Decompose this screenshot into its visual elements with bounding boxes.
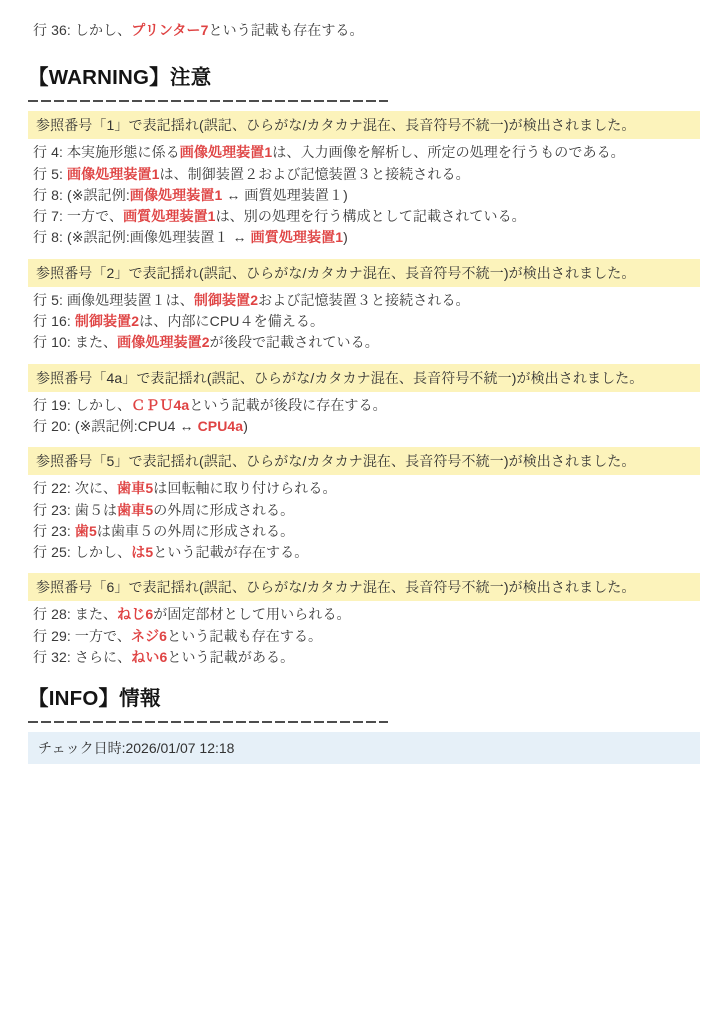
report-line: 行 5: 画像処理装置１は、制御装置2および記憶装置３と接続される。 xyxy=(28,290,700,311)
line-text: が後段で記載されている。 xyxy=(210,334,379,350)
line-text: 行 10: また、 xyxy=(33,334,117,350)
line-text: ) xyxy=(243,418,248,434)
dashed-divider xyxy=(28,100,388,102)
line-text: という記載も存在する。 xyxy=(167,628,322,644)
report-line: 行 22: 次に、歯車5は回転軸に取り付けられる。 xyxy=(28,478,700,499)
line-text: 行 20: (※誤記例:CPU4 ↔ xyxy=(33,418,198,434)
flagged-term: ねじ6 xyxy=(117,606,153,622)
line-text: という記載が存在する。 xyxy=(153,544,308,560)
flagged-term: 画像処理装置1 xyxy=(130,187,223,203)
flagged-term: プリンター7 xyxy=(131,22,208,38)
line-text: は歯車５の外周に形成される。 xyxy=(97,523,294,539)
report-line: 行 5: 画像処理装置1は、制御装置２および記憶装置３と接続される。 xyxy=(28,164,700,185)
line-text: 行 36: しかし、 xyxy=(33,22,131,38)
line-text: は、別の処理を行う構成として記載されている。 xyxy=(216,208,526,224)
line-text: という記載がある。 xyxy=(167,649,294,665)
group-header-highlight: 参照番号「2」で表記揺れ(誤記、ひらがな/カタカナ混在、長音符号不統一)が検出さ… xyxy=(28,259,700,287)
line-text: ↔ 画質処理装置１) xyxy=(222,187,348,203)
warning-group: 参照番号「5」で表記揺れ(誤記、ひらがな/カタカナ混在、長音符号不統一)が検出さ… xyxy=(28,447,700,563)
flagged-term: ねい6 xyxy=(131,649,167,665)
flagged-term: 制御装置2 xyxy=(75,313,139,329)
flagged-term: 歯5 xyxy=(75,523,97,539)
line-text: は、入力画像を解析し、所定の処理を行うものである。 xyxy=(272,144,625,160)
line-text: は、制御装置２および記憶装置３と接続される。 xyxy=(159,166,469,182)
line-text: 行 7: 一方で、 xyxy=(33,208,123,224)
line-text: 行 25: しかし、 xyxy=(33,544,131,560)
line-text: は回転軸に取り付けられる。 xyxy=(153,480,336,496)
warning-group: 参照番号「1」で表記揺れ(誤記、ひらがな/カタカナ混在、長音符号不統一)が検出さ… xyxy=(28,111,700,248)
flagged-term: 歯車5 xyxy=(117,480,153,496)
flagged-term: ＣＰＵ4a xyxy=(131,397,189,413)
report-line: 行 19: しかし、ＣＰＵ4aという記載が後段に存在する。 xyxy=(28,395,700,416)
line-text: 行 28: また、 xyxy=(33,606,117,622)
line-text: 行 19: しかし、 xyxy=(33,397,131,413)
flagged-term: CPU4a xyxy=(198,418,244,434)
report-line: 行 10: また、画像処理装置2が後段で記載されている。 xyxy=(28,332,700,353)
line-text: 行 16: xyxy=(33,313,75,329)
flagged-term: 画像処理装置1 xyxy=(67,166,160,182)
report-line: 行 25: しかし、は5という記載が存在する。 xyxy=(28,542,700,563)
flagged-term: 画像処理装置2 xyxy=(117,334,210,350)
group-header-highlight: 参照番号「5」で表記揺れ(誤記、ひらがな/カタカナ混在、長音符号不統一)が検出さ… xyxy=(28,447,700,475)
report-line: 行 23: 歯5は歯車５の外周に形成される。 xyxy=(28,521,700,542)
line-text: 行 22: 次に、 xyxy=(33,480,117,496)
line-text: 行 29: 一方で、 xyxy=(33,628,131,644)
check-report-page: 行 36: しかし、プリンター7という記載も存在する。 【WARNING】注意 … xyxy=(0,0,723,1024)
dashed-divider xyxy=(28,721,388,723)
line-text: 行 23: xyxy=(33,523,75,539)
flagged-term: ネジ6 xyxy=(131,628,167,644)
line-text: ) xyxy=(343,229,348,245)
warning-group: 参照番号「2」で表記揺れ(誤記、ひらがな/カタカナ混在、長音符号不統一)が検出さ… xyxy=(28,259,700,354)
info-heading: 【INFO】情報 xyxy=(28,681,700,711)
report-line: 行 8: (※誤記例:画像処理装置１ ↔ 画質処理装置1) xyxy=(28,227,700,248)
line-text: 行 23: 歯５は xyxy=(33,502,117,518)
report-line: 行 29: 一方で、ネジ6という記載も存在する。 xyxy=(28,626,700,647)
report-line: 行 8: (※誤記例:画像処理装置1 ↔ 画質処理装置１) xyxy=(28,185,700,206)
warning-group: 参照番号「4a」で表記揺れ(誤記、ひらがな/カタカナ混在、長音符号不統一)が検出… xyxy=(28,364,700,438)
line-text: 行 5: xyxy=(33,166,67,182)
flagged-term: 制御装置2 xyxy=(194,292,258,308)
warning-group: 参照番号「6」で表記揺れ(誤記、ひらがな/カタカナ混在、長音符号不統一)が検出さ… xyxy=(28,573,700,668)
line-text: 行 4: 本実施形態に係る xyxy=(33,144,180,160)
report-line: 行 28: また、ねじ6が固定部材として用いられる。 xyxy=(28,604,700,625)
line-text: が固定部材として用いられる。 xyxy=(153,606,350,622)
line-text: という記載も存在する。 xyxy=(209,22,364,38)
report-line: 行 32: さらに、ねい6という記載がある。 xyxy=(28,647,700,668)
report-line: 行 23: 歯５は歯車5の外周に形成される。 xyxy=(28,500,700,521)
report-line: 行 16: 制御装置2は、内部にCPU４を備える。 xyxy=(28,311,700,332)
flagged-term: 歯車5 xyxy=(117,502,153,518)
group-header-highlight: 参照番号「4a」で表記揺れ(誤記、ひらがな/カタカナ混在、長音符号不統一)が検出… xyxy=(28,364,700,392)
flagged-term: は5 xyxy=(131,544,153,560)
line-text: 行 8: (※誤記例:画像処理装置１ ↔ xyxy=(33,229,251,245)
report-line: 行 4: 本実施形態に係る画像処理装置1は、入力画像を解析し、所定の処理を行うも… xyxy=(28,142,700,163)
line-text: および記憶装置３と接続される。 xyxy=(258,292,470,308)
report-line: 行 7: 一方で、画質処理装置1は、別の処理を行う構成として記載されている。 xyxy=(28,206,700,227)
report-line: 行 36: しかし、プリンター7という記載も存在する。 xyxy=(28,20,700,41)
context-lines: 行 36: しかし、プリンター7という記載も存在する。 xyxy=(28,20,700,41)
line-text: 行 8: (※誤記例: xyxy=(33,187,130,203)
warning-groups: 参照番号「1」で表記揺れ(誤記、ひらがな/カタカナ混在、長音符号不統一)が検出さ… xyxy=(28,111,700,668)
group-header-highlight: 参照番号「6」で表記揺れ(誤記、ひらがな/カタカナ混在、長音符号不統一)が検出さ… xyxy=(28,573,700,601)
check-datetime: チェック日時:2026/01/07 12:18 xyxy=(38,740,234,756)
line-text: という記載が後段に存在する。 xyxy=(189,397,386,413)
flagged-term: 画質処理装置1 xyxy=(251,229,344,245)
line-text: 行 32: さらに、 xyxy=(33,649,131,665)
group-header-highlight: 参照番号「1」で表記揺れ(誤記、ひらがな/カタカナ混在、長音符号不統一)が検出さ… xyxy=(28,111,700,139)
check-datetime-box: チェック日時:2026/01/07 12:18 xyxy=(28,732,700,764)
flagged-term: 画像処理装置1 xyxy=(180,144,273,160)
report-line: 行 20: (※誤記例:CPU4 ↔ CPU4a) xyxy=(28,416,700,437)
line-text: は、内部にCPU４を備える。 xyxy=(139,313,324,329)
line-text: 行 5: 画像処理装置１は、 xyxy=(33,292,194,308)
line-text: の外周に形成される。 xyxy=(153,502,294,518)
flagged-term: 画質処理装置1 xyxy=(123,208,216,224)
warning-heading: 【WARNING】注意 xyxy=(28,60,700,90)
